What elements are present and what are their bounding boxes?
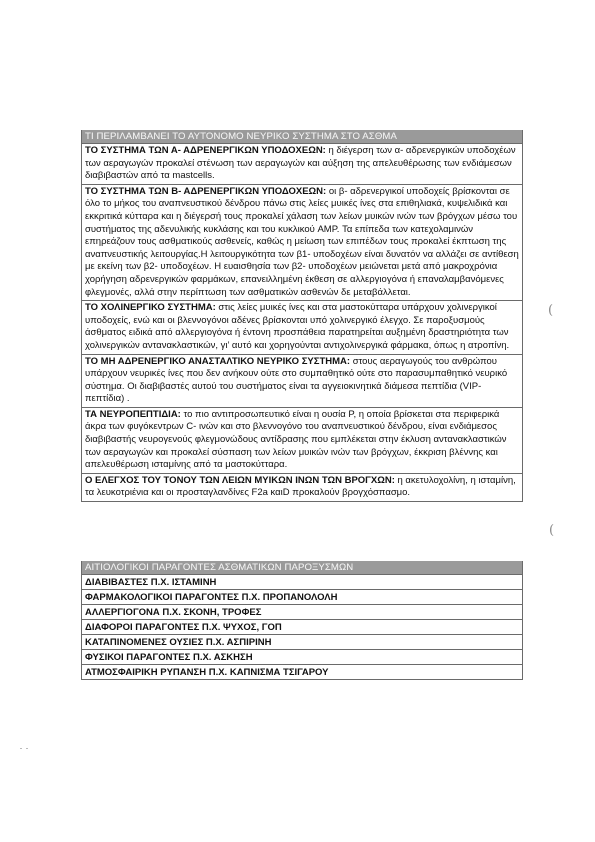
row-title: ΤΟ ΣΥΣΤΗΜΑ ΤΩΝ Α- ΑΔΡΕΝΕΡΓΙΚΩΝ ΥΠΟΔΟΧΕΩΝ… (85, 145, 326, 156)
table-row: ΤΟ ΜΗ ΑΔΡΕΝΕΡΓΙΚΟ ΑΝΑΣΤΑΛΤΙΚΟ ΝΕΥΡΙΚΟ ΣΥ… (82, 354, 522, 407)
table-row: ΔΙΑΒΙΒΑΣΤΕΣ Π.Χ. ΙΣΤΑΜΙΝΗ (82, 574, 522, 589)
table-row: ΑΛΛΕΡΓΙΟΓΟΝΑ Π.Χ. ΣΚΟΝΗ, ΤΡΟΦΕΣ (82, 604, 522, 619)
table-row: ΤΟ ΣΥΣΤΗΜΑ ΤΩΝ Β- ΑΔΡΕΝΕΡΓΙΚΩΝ ΥΠΟΔΟΧΕΩΝ… (82, 184, 522, 300)
margin-bracket-mark: ( (549, 523, 554, 538)
asthma-triggers-table: ΑΙΤΙΟΛΟΓΙΚΟΙ ΠΑΡΑΓΟΝΤΕΣ ΑΣΘΜΑΤΙΚΩΝ ΠΑΡΟΞ… (81, 561, 523, 680)
autonomic-nervous-system-table: ΤΙ ΠΕΡΙΛΑΜΒΑΝΕΙ ΤΟ ΑΥΤΟΝΟΜΟ ΝΕΥΡΙΚΟ ΣΥΣΤ… (81, 130, 523, 502)
margin-bracket-mark: ( (548, 303, 553, 318)
row-title: ΤΟ ΜΗ ΑΔΡΕΝΕΡΓΙΚΟ ΑΝΑΣΤΑΛΤΙΚΟ ΝΕΥΡΙΚΟ ΣΥ… (85, 356, 350, 367)
table-row: ΤΑ ΝΕΥΡΟΠΕΠΤΙΔΙΑ: το πιο αντιπροσωπευτικ… (82, 407, 522, 473)
table-row: Ο ΕΛΕΓΧΟΣ ΤΟΥ ΤΟΝΟΥ ΤΩΝ ΛΕΙΩΝ ΜΥΙΚΩΝ ΙΝΩ… (82, 473, 522, 501)
row-title: ΤΟ ΧΟΛΙΝΕΡΓΙΚΟ ΣΥΣΤΗΜΑ: (85, 302, 216, 313)
row-title: ΤΟ ΣΥΣΤΗΜΑ ΤΩΝ Β- ΑΔΡΕΝΕΡΓΙΚΩΝ ΥΠΟΔΟΧΕΩΝ… (85, 186, 326, 197)
table-header: ΑΙΤΙΟΛΟΓΙΚΟΙ ΠΑΡΑΓΟΝΤΕΣ ΑΣΘΜΑΤΙΚΩΝ ΠΑΡΟΞ… (82, 561, 522, 574)
table-row: ΦΑΡΜΑΚΟΛΟΓΙΚΟΙ ΠΑΡΑΓΟΝΤΕΣ Π.Χ. ΠΡΟΠΑΝΟΛΟ… (82, 589, 522, 604)
table-row: ΚΑΤΑΠΙΝΟΜΕΝΕΣ ΟΥΣΙΕΣ Π.Χ. ΑΣΠΙΡΙΝΗ (82, 634, 522, 649)
row-title: Ο ΕΛΕΓΧΟΣ ΤΟΥ ΤΟΝΟΥ ΤΩΝ ΛΕΙΩΝ ΜΥΙΚΩΝ ΙΝΩ… (85, 475, 395, 486)
table-header: ΤΙ ΠΕΡΙΛΑΜΒΑΝΕΙ ΤΟ ΑΥΤΟΝΟΜΟ ΝΕΥΡΙΚΟ ΣΥΣΤ… (82, 130, 522, 143)
row-text: οι β- αδρενεργικοί υποδοχείς βρίσκονται … (85, 186, 519, 298)
table-row: ΤΟ ΣΥΣΤΗΜΑ ΤΩΝ Α- ΑΔΡΕΝΕΡΓΙΚΩΝ ΥΠΟΔΟΧΕΩΝ… (82, 143, 522, 184)
scan-speck (26, 748, 28, 749)
table-row: ΦΥΣΙΚΟΙ ΠΑΡΑΓΟΝΤΕΣ Π.Χ. ΑΣΚΗΣΗ (82, 649, 522, 664)
row-title: ΤΑ ΝΕΥΡΟΠΕΠΤΙΔΙΑ: (85, 409, 181, 420)
table-row: ΔΙΑΦΟΡΟΙ ΠΑΡΑΓΟΝΤΕΣ Π.Χ. ΨΥΧΟΣ, ΓΟΠ (82, 619, 522, 634)
table-row: ΤΟ ΧΟΛΙΝΕΡΓΙΚΟ ΣΥΣΤΗΜΑ: στις λείες μυικέ… (82, 300, 522, 353)
scan-speck (20, 748, 22, 749)
table-row: ΑΤΜΟΣΦΑΙΡΙΚΗ ΡΥΠΑΝΣΗ Π.Χ. ΚΑΠΝΙΣΜΑ ΤΣΙΓΑ… (82, 664, 522, 679)
